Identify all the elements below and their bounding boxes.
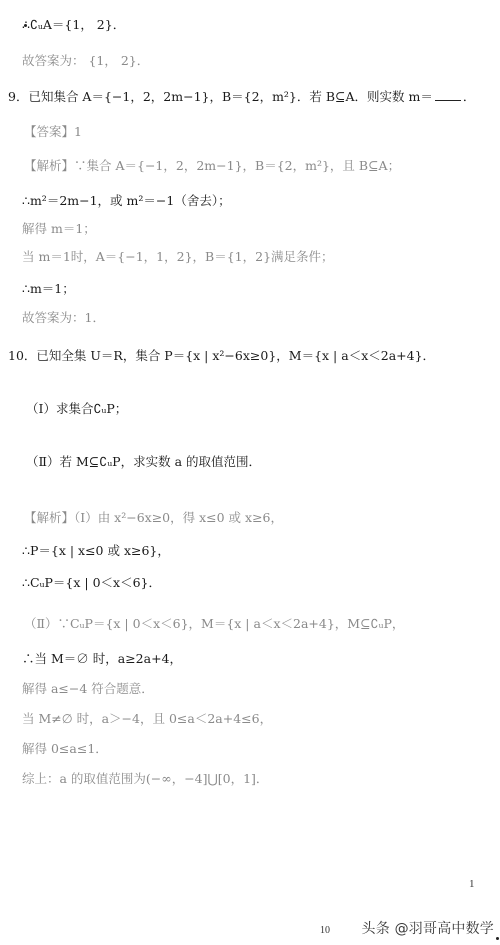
q10-complement-p: ∴CᵤP＝{x | 0＜x＜6}． xyxy=(22,575,161,591)
q10-analysis-part-1: 【解析】（Ⅰ）由 x²−6x≥0，得 x≤0 或 x≥6， xyxy=(24,510,283,526)
q8-final-answer: 故答案为： {1， 2}． xyxy=(22,53,149,69)
q8-complement-result: ∴∁ᵤA＝{1， 2}． xyxy=(22,17,125,33)
line-text: （Ⅰ）求集合∁ᵤP； xyxy=(26,401,127,416)
line-text: ∴CᵤP＝{x | 0＜x＜6}． xyxy=(22,575,161,590)
q10-empty-case: ∴当 M＝∅ 时，a≥2a+4， xyxy=(22,651,182,667)
q10-conclusion: 综上：a 的取值范围为(−∞，−4]⋃[0，1]． xyxy=(22,771,268,787)
line-text: 故答案为： {1， 2}． xyxy=(22,53,149,68)
line-text: 10．已知全集 U＝R，集合 P＝{x | x²−6x≥0}，M＝{x | a＜… xyxy=(8,348,435,363)
q10-set-p: ∴P＝{x | x≤0 或 x≥6}， xyxy=(22,543,170,559)
q9-answer: 【答案】1 xyxy=(24,124,82,140)
line-text: ∴当 M＝∅ 时，a≥2a+4， xyxy=(22,651,182,666)
line-text: 解得 m＝1； xyxy=(22,221,96,236)
line-text: 故答案为：1． xyxy=(22,310,105,325)
q10-analysis-part-2: （Ⅱ）∵CᵤP＝{x | 0＜x＜6}，M＝{x | a＜x＜2a+4}，M⊆∁… xyxy=(24,616,404,632)
line-text: ∴∁ᵤA＝{1， 2}． xyxy=(22,17,125,32)
scan-dot-mark xyxy=(496,937,499,940)
line-text: 当 m＝1时，A＝{−1，1，2}，B＝{1，2}满足条件； xyxy=(22,249,334,264)
line-text: ∴P＝{x | x≤0 或 x≥6}， xyxy=(22,543,170,558)
q10-part-1: （Ⅰ）求集合∁ᵤP； xyxy=(26,401,127,417)
q9-statement: 9．已知集合 A＝{−1，2，2m−1}，B＝{2，m²}．若 B⊆A．则实数 … xyxy=(8,89,475,105)
q9-check: 当 m＝1时，A＝{−1，1，2}，B＝{1，2}满足条件； xyxy=(22,249,334,265)
q9-solve: 解得 m＝1； xyxy=(22,221,96,237)
line-text: ∴m²＝2m−1，或 m²＝−1（舍去）； xyxy=(22,193,231,208)
document-page: ∴∁ᵤA＝{1， 2}． 故答案为： {1， 2}． 9．已知集合 A＝{−1，… xyxy=(0,0,500,945)
line-text: 综上：a 的取值范围为(−∞，−4]⋃[0，1]． xyxy=(22,771,268,786)
q9-analysis: 【解析】∵集合 A＝{−1，2，2m−1}，B＝{2，m²}，且 B⊆A； xyxy=(24,158,400,174)
page-number: 10 xyxy=(320,925,330,936)
answer-blank-suffix: ． xyxy=(463,89,476,104)
q10-part-2: （Ⅱ）若 M⊆∁ᵤP，求实数 a 的取值范围． xyxy=(26,454,261,470)
line-text: 解得 0≤a≤1． xyxy=(22,741,108,756)
q10-statement: 10．已知全集 U＝R，集合 P＝{x | x²−6x≥0}，M＝{x | a＜… xyxy=(8,348,435,364)
watermark: 头条 @羽哥高中数学 xyxy=(362,918,494,938)
line-text: ∴m＝1； xyxy=(22,281,75,296)
line-text: 【解析】∵集合 A＝{−1，2，2m−1}，B＝{2，m²}，且 B⊆A； xyxy=(24,158,400,173)
line-text: 【答案】1 xyxy=(24,124,82,139)
line-text: 当 M≠∅ 时，a＞−4，且 0≤a＜2a+4≤6， xyxy=(22,711,272,726)
q10-nonempty-case: 当 M≠∅ 时，a＞−4，且 0≤a＜2a+4≤6， xyxy=(22,711,272,727)
q9-conclusion: ∴m＝1； xyxy=(22,281,75,297)
line-text: （Ⅱ）∵CᵤP＝{x | 0＜x＜6}，M＝{x | a＜x＜2a+4}，M⊆∁… xyxy=(24,616,404,631)
line-text: 9．已知集合 A＝{−1，2，2m−1}，B＝{2，m²}．若 B⊆A．则实数 … xyxy=(8,89,433,104)
page-marker: 1 xyxy=(469,878,475,890)
q9-equation: ∴m²＝2m−1，或 m²＝−1（舍去）； xyxy=(22,193,231,209)
line-text: 解得 a≤−4 符合题意． xyxy=(22,681,154,696)
q10-nonempty-case-result: 解得 0≤a≤1． xyxy=(22,741,108,757)
line-text: （Ⅱ）若 M⊆∁ᵤP，求实数 a 的取值范围． xyxy=(26,454,261,469)
q9-final-answer: 故答案为：1． xyxy=(22,310,105,326)
answer-blank xyxy=(435,90,461,101)
line-text: 【解析】（Ⅰ）由 x²−6x≥0，得 x≤0 或 x≥6， xyxy=(24,510,283,525)
q10-empty-case-result: 解得 a≤−4 符合题意． xyxy=(22,681,154,697)
